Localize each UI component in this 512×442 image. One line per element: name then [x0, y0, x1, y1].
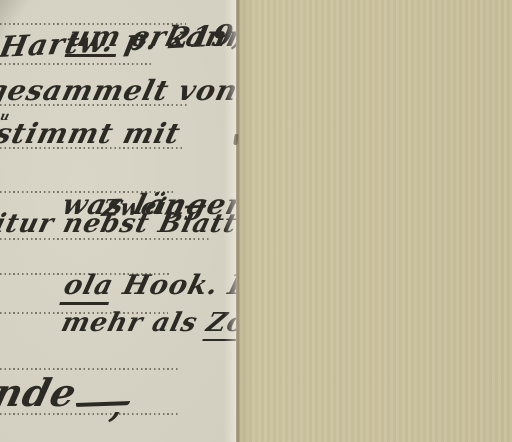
handwriting-comma: , [108, 390, 128, 422]
scanned-manuscript: um erkannte Hartw. p. 219, gesammelt von… [0, 0, 512, 442]
paper-texture [240, 0, 512, 442]
handwriting-text: mehr als [58, 308, 211, 338]
blank-facing-page [240, 0, 512, 442]
handwriting-line-3: gesammelt von [0, 77, 236, 105]
manuscript-page: um erkannte Hartw. p. 219, gesammelt von… [0, 0, 236, 442]
handwriting-line-8: mehr als Zoll. [0, 284, 236, 362]
handwriting-line-4: stimmt mit [0, 120, 183, 148]
handwriting-line-9: nde [0, 374, 81, 412]
page-edge-highlight [224, 0, 236, 442]
handwriting-line-6: itur nebst Blatt— [0, 211, 236, 237]
